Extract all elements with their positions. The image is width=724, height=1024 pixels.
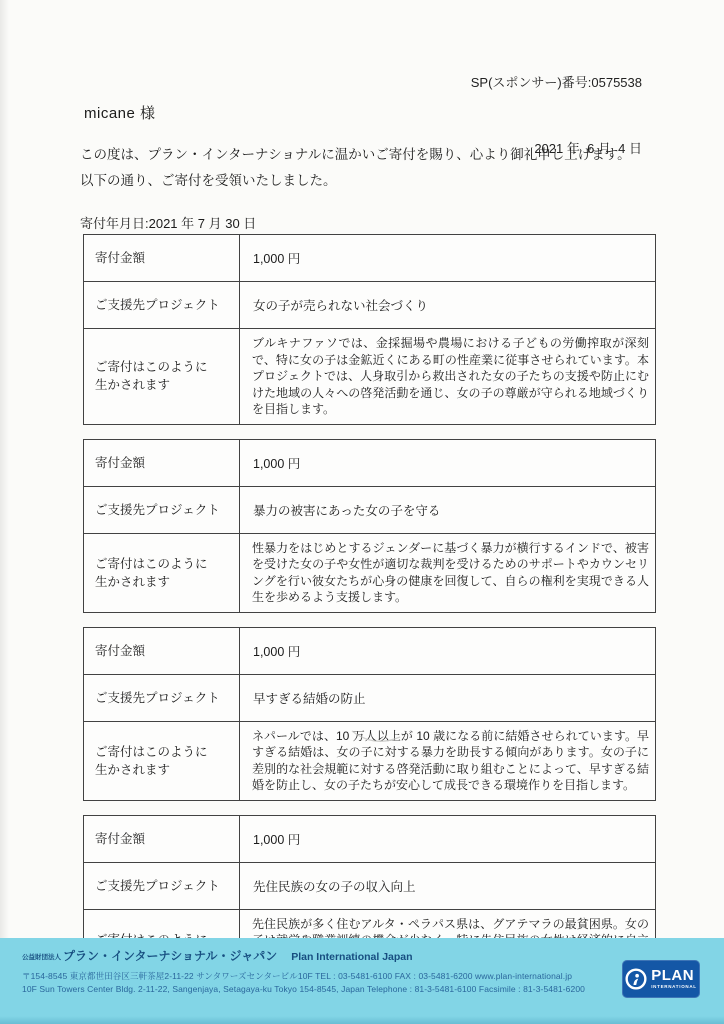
donation-table-2: 寄付金額 1,000 円 ご支援先プロジェクト 暴力の被害にあった女の子を守る … <box>83 439 656 613</box>
project-label: ご支援先プロジェクト <box>84 674 240 721</box>
org-name-ja: プラン・インターナショナル・ジャパン <box>63 949 277 963</box>
table-row: 寄付金額 1,000 円 <box>84 235 656 282</box>
project-value: 暴力の被害にあった女の子を守る <box>240 486 656 533</box>
donation-table-1: 寄付金額 1,000 円 ご支援先プロジェクト 女の子が売られない社会づくり ご… <box>83 234 656 425</box>
project-label: ご支援先プロジェクト <box>84 282 240 329</box>
amount-value: 1,000 円 <box>240 235 656 282</box>
amount-label: 寄付金額 <box>84 815 240 862</box>
plan-logo-text: PLAN <box>651 968 697 983</box>
amount-label: 寄付金額 <box>84 235 240 282</box>
usage-label: ご寄付はこのように 生かされます <box>84 533 240 612</box>
table-row: ご寄付はこのように 生かされます 性暴力をはじめとするジェンダーに基づく暴力が横… <box>84 533 656 612</box>
project-label: ご支援先プロジェクト <box>84 862 240 909</box>
amount-label: 寄付金額 <box>84 627 240 674</box>
plan-logo: PLAN INTERNATIONAL <box>622 960 700 998</box>
table-row: ご寄付はこのように 生かされます ネパールでは、10 万人以上が 10 歳になる… <box>84 721 656 800</box>
plan-logo-subtext: INTERNATIONAL <box>651 985 697 990</box>
donation-tables: 寄付金額 1,000 円 ご支援先プロジェクト 女の子が売られない社会づくり ご… <box>83 234 656 1003</box>
table-row: ご支援先プロジェクト 暴力の被害にあった女の子を守る <box>84 486 656 533</box>
intro-paragraph: この度は、プラン・インターナショナルに温かいご寄付を賜り、心より御礼申し上げます… <box>80 142 680 194</box>
usage-description: ブルキナファソでは、金採掘場や農場における子どもの労働搾取が深刻で、特に女の子は… <box>240 329 656 425</box>
footer-text-block: 公益財団法人プラン・インターナショナル・ジャパンPlan Internation… <box>22 949 585 996</box>
project-label: ご支援先プロジェクト <box>84 486 240 533</box>
intro-line-2: 以下の通り、ご寄付を受領いたしました。 <box>80 168 680 194</box>
donation-date-line: 寄付年月日:2021 年 7 月 30 日 <box>80 213 256 232</box>
table-row: 寄付金額 1,000 円 <box>84 439 656 486</box>
donation-table-3: 寄付金額 1,000 円 ご支援先プロジェクト 早すぎる結婚の防止 ご寄付はこの… <box>83 627 656 801</box>
amount-value: 1,000 円 <box>240 627 656 674</box>
project-value: 早すぎる結婚の防止 <box>240 674 656 721</box>
footer-org-line: 公益財団法人プラン・インターナショナル・ジャパンPlan Internation… <box>22 949 585 965</box>
org-name-en: Plan International Japan <box>291 951 412 963</box>
table-row: ご支援先プロジェクト 早すぎる結婚の防止 <box>84 674 656 721</box>
scan-edge-shadow <box>0 0 9 1024</box>
table-row: ご支援先プロジェクト 先住民族の女の子の収入向上 <box>84 862 656 909</box>
project-value: 女の子が売られない社会づくり <box>240 282 656 329</box>
usage-description: ネパールでは、10 万人以上が 10 歳になる前に結婚させられています。早すぎる… <box>240 721 656 800</box>
usage-label: ご寄付はこのように 生かされます <box>84 329 240 425</box>
project-value: 先住民族の女の子の収入向上 <box>240 862 656 909</box>
table-row: 寄付金額 1,000 円 <box>84 815 656 862</box>
recipient-name: micane 様 <box>84 102 156 123</box>
sponsor-number: SP(スポンサー)番号:0575538 <box>471 72 642 94</box>
amount-value: 1,000 円 <box>240 815 656 862</box>
table-row: ご寄付はこのように 生かされます ブルキナファソでは、金採掘場や農場における子ど… <box>84 329 656 425</box>
amount-label: 寄付金額 <box>84 439 240 486</box>
table-row: 寄付金額 1,000 円 <box>84 627 656 674</box>
plan-logo-icon <box>625 968 647 990</box>
footer-address-en: 10F Sun Towers Center Bldg. 2-11-22, San… <box>22 983 585 996</box>
footer-band: 公益財団法人プラン・インターナショナル・ジャパンPlan Internation… <box>0 938 724 1024</box>
usage-label: ご寄付はこのように 生かされます <box>84 721 240 800</box>
intro-line-1: この度は、プラン・インターナショナルに温かいご寄付を賜り、心より御礼申し上げます… <box>80 142 680 168</box>
org-prefix: 公益財団法人 <box>22 954 61 961</box>
amount-value: 1,000 円 <box>240 439 656 486</box>
table-row: ご支援先プロジェクト 女の子が売られない社会づくり <box>84 282 656 329</box>
footer-address-ja: 〒154-8545 東京都世田谷区三軒茶屋2-11-22 サンタワーズセンタービ… <box>22 970 585 983</box>
plan-logo-wordmark: PLAN INTERNATIONAL <box>651 968 697 990</box>
usage-description: 性暴力をはじめとするジェンダーに基づく暴力が横行するインドで、被害を受けた女の子… <box>240 533 656 612</box>
